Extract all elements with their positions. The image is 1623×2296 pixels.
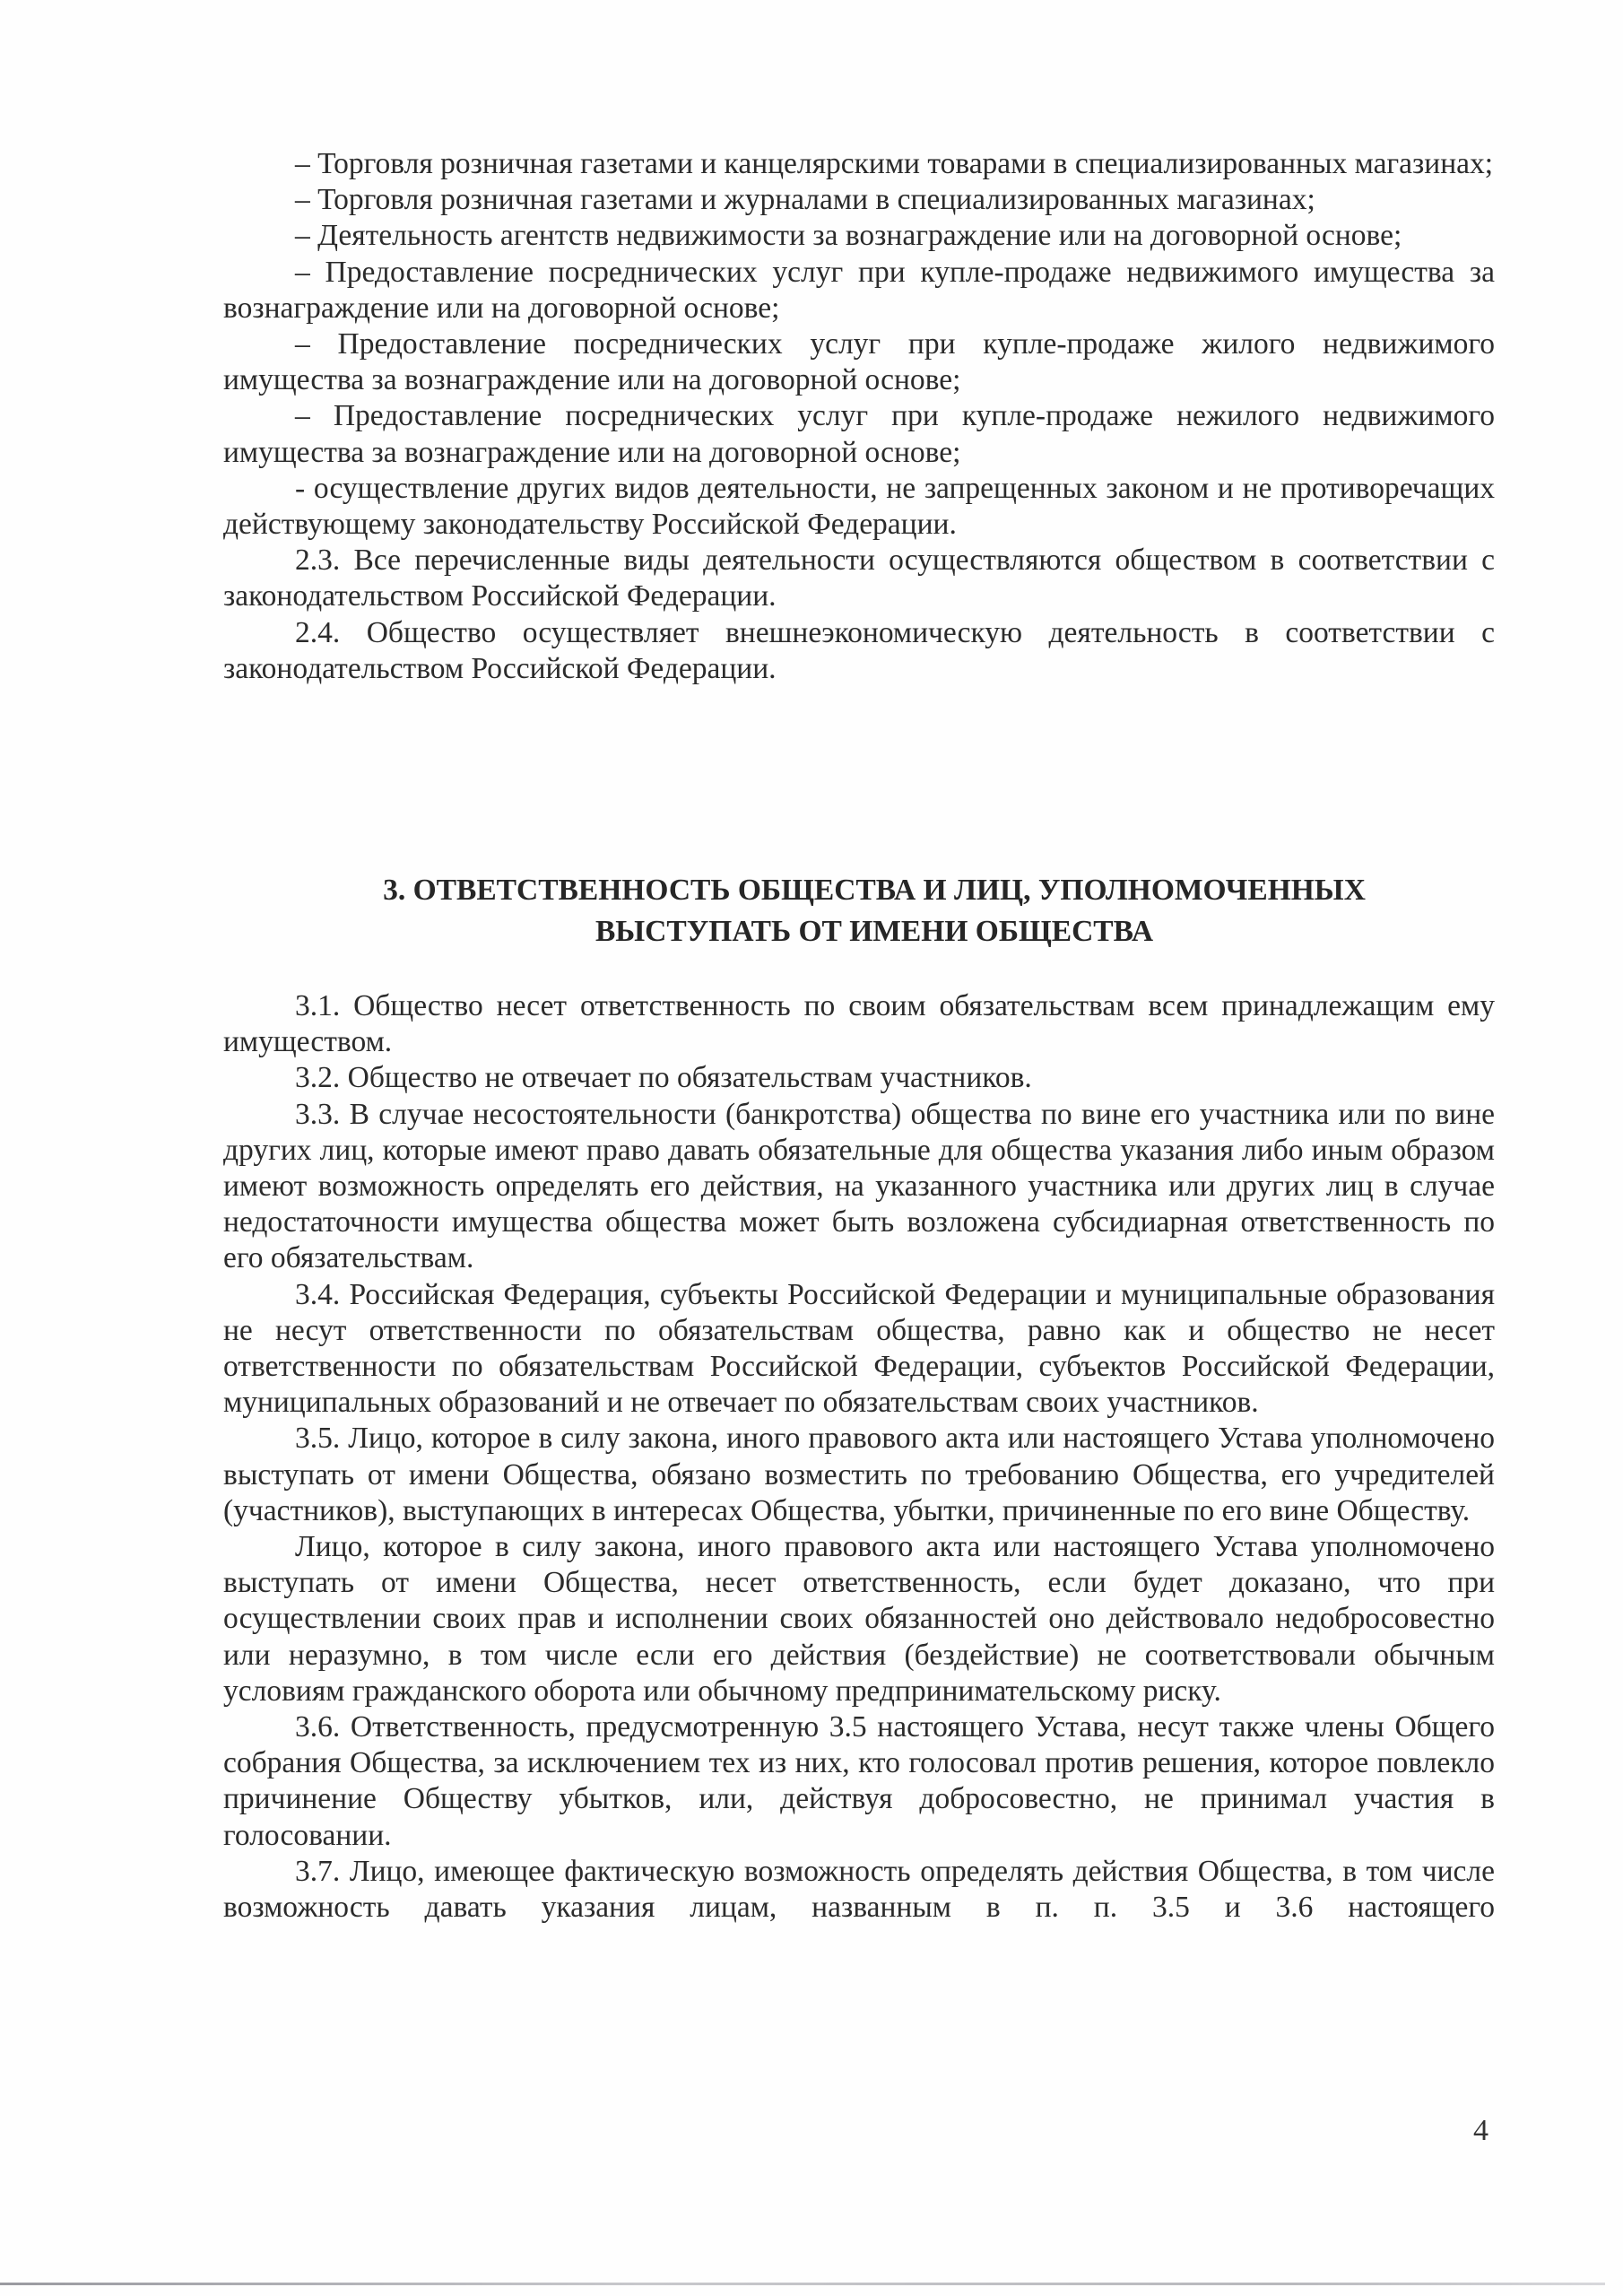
clause-3-1: 3.1. Общество несет ответственность по с… — [223, 988, 1495, 1060]
section-2-continued: – Торговля розничная газетами и канцеляр… — [223, 146, 1495, 687]
clause-3-3: 3.3. В случае несостоятельности (банкрот… — [223, 1097, 1495, 1277]
paragraph-other-activities: - осуществление других видов деятельност… — [223, 471, 1495, 543]
clause-3-4: 3.4. Российская Федерация, субъекты Росс… — [223, 1277, 1495, 1422]
paragraph-retail-newspapers-stationery: – Торговля розничная газетами и канцеляр… — [223, 146, 1495, 182]
paragraph-intermediary-residential: – Предоставление посреднических услуг пр… — [223, 326, 1495, 398]
clause-2-3: 2.3. Все перечисленные виды деятельности… — [223, 543, 1495, 614]
paragraph-retail-newspapers-magazines: – Торговля розничная газетами и журналам… — [223, 182, 1495, 218]
clause-3-5: 3.5. Лицо, которое в силу закона, иного … — [223, 1421, 1495, 1529]
section-3-heading-line-1: 3. ОТВЕТСТВЕННОСТЬ ОБЩЕСТВА И ЛИЦ, УПОЛН… — [383, 874, 1366, 907]
clause-3-2: 3.2. Общество не отвечает по обязательст… — [223, 1060, 1495, 1096]
paragraph-intermediary-real-estate: – Предоставление посреднических услуг пр… — [223, 255, 1495, 326]
clause-2-4: 2.4. Общество осуществляет внешнеэкономи… — [223, 615, 1495, 687]
section-3-body: 3.1. Общество несет ответственность по с… — [223, 988, 1495, 1926]
clause-3-6: 3.6. Ответственность, предусмотренную 3.… — [223, 1709, 1495, 1854]
section-3-heading: 3. ОТВЕТСТВЕННОСТЬ ОБЩЕСТВА И ЛИЦ, УПОЛН… — [223, 870, 1495, 952]
scan-edge-line — [0, 2283, 1605, 2285]
page-number: 4 — [1473, 2113, 1488, 2149]
clause-3-5-continued: Лицо, которое в силу закона, иного право… — [223, 1529, 1495, 1709]
clause-3-7: 3.7. Лицо, имеющее фактическую возможнос… — [223, 1854, 1495, 1926]
paragraph-real-estate-agencies: – Деятельность агентств недвижимости за … — [223, 218, 1495, 254]
paragraph-intermediary-nonresidential: – Предоставление посреднических услуг пр… — [223, 398, 1495, 470]
section-3-heading-line-2: ВЫСТУПАТЬ ОТ ИМЕНИ ОБЩЕСТВА — [595, 915, 1153, 948]
